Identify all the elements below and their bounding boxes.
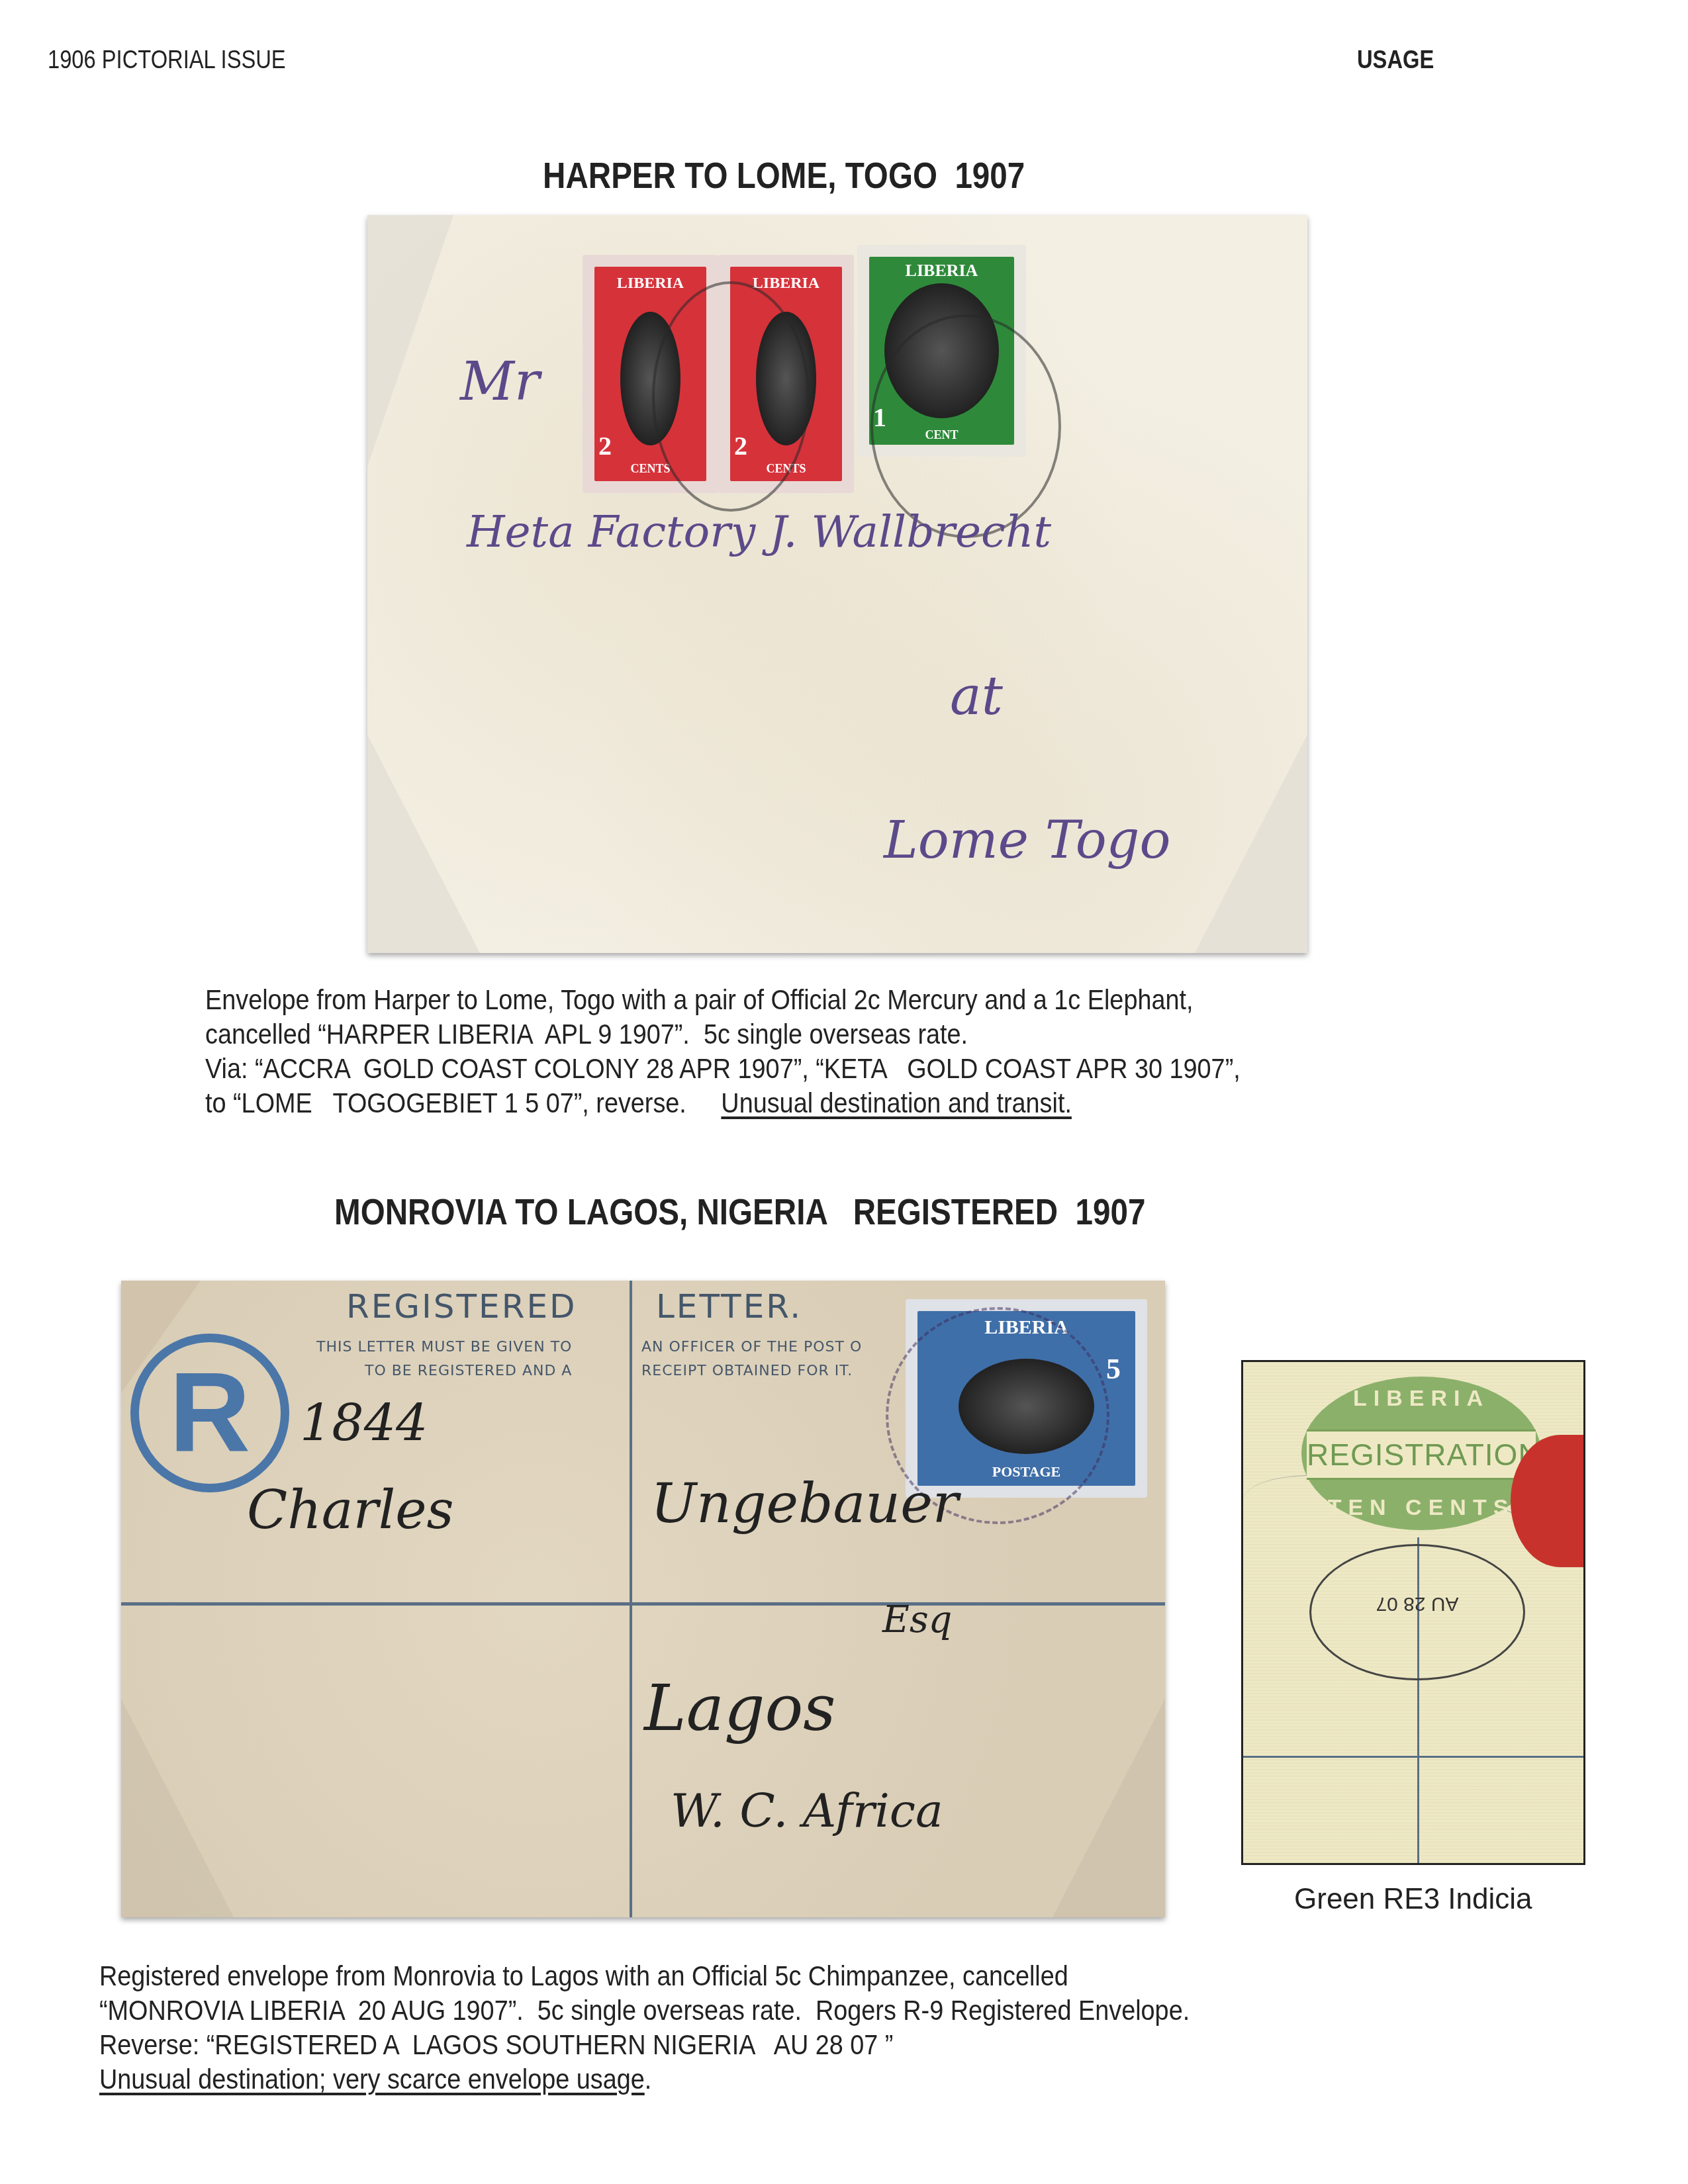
cover2-envelope: R REGISTERED LETTER. THIS LETTER MUST BE… <box>121 1281 1165 1917</box>
envelope-flap <box>367 735 480 953</box>
cover2-highlight: Unusual destination; very scarce envelop… <box>99 2064 645 2095</box>
address-line: W. C. Africa <box>671 1784 943 1838</box>
cover2-description: Registered envelope from Monrovia to Lag… <box>99 1959 1190 2097</box>
envelope-flap <box>367 215 453 467</box>
header-usage: USAGE <box>1357 46 1434 75</box>
postmark-liberia <box>870 314 1061 538</box>
address-line: Lome Togo <box>884 811 1171 870</box>
address-line: Mr <box>460 351 539 412</box>
indicia-oval: LIBERIA REGISTRATION TEN CENTS <box>1301 1377 1541 1530</box>
registration-line-horizontal <box>121 1602 1165 1606</box>
indicia-inset: LIBERIA REGISTRATION TEN CENTS AU 28 07 <box>1241 1360 1585 1865</box>
postmark-harper <box>652 281 810 512</box>
indicia-caption: Green RE3 Indicia <box>1294 1883 1532 1916</box>
address-line: Esq <box>882 1598 952 1641</box>
envelope-heading-right: LETTER. <box>656 1287 802 1326</box>
cover1-envelope: LIBERIA 2 CENTS LIBERIA 2 CENTS LIBERIA … <box>367 215 1307 953</box>
registration-r-mark: R <box>130 1334 289 1492</box>
address-line: at <box>950 665 1003 727</box>
registration-line-vertical <box>630 1281 632 1917</box>
envelope-heading-left: REGISTERED <box>346 1287 577 1326</box>
cover1-description: Envelope from Harper to Lome, Togo with … <box>205 983 1241 1120</box>
registration-number: 1844 <box>300 1393 428 1452</box>
address-line: Heta Factory J. Wallbrecht <box>467 506 1051 557</box>
address-line: Charles <box>247 1479 454 1541</box>
cover1-highlight: Unusual destination and transit. <box>721 1087 1072 1118</box>
cover2-title: MONROVIA TO LAGOS, NIGERIA REGISTERED 19… <box>334 1190 1145 1233</box>
address-line: Lagos <box>644 1671 836 1745</box>
cover1-title: HARPER TO LOME, TOGO 1907 <box>543 154 1025 197</box>
address-line: Ungebauer <box>651 1473 959 1535</box>
header-issue: 1906 PICTORIAL ISSUE <box>48 46 286 75</box>
envelope-flap <box>1195 735 1307 953</box>
lagos-backstamp: AU 28 07 <box>1309 1544 1525 1680</box>
